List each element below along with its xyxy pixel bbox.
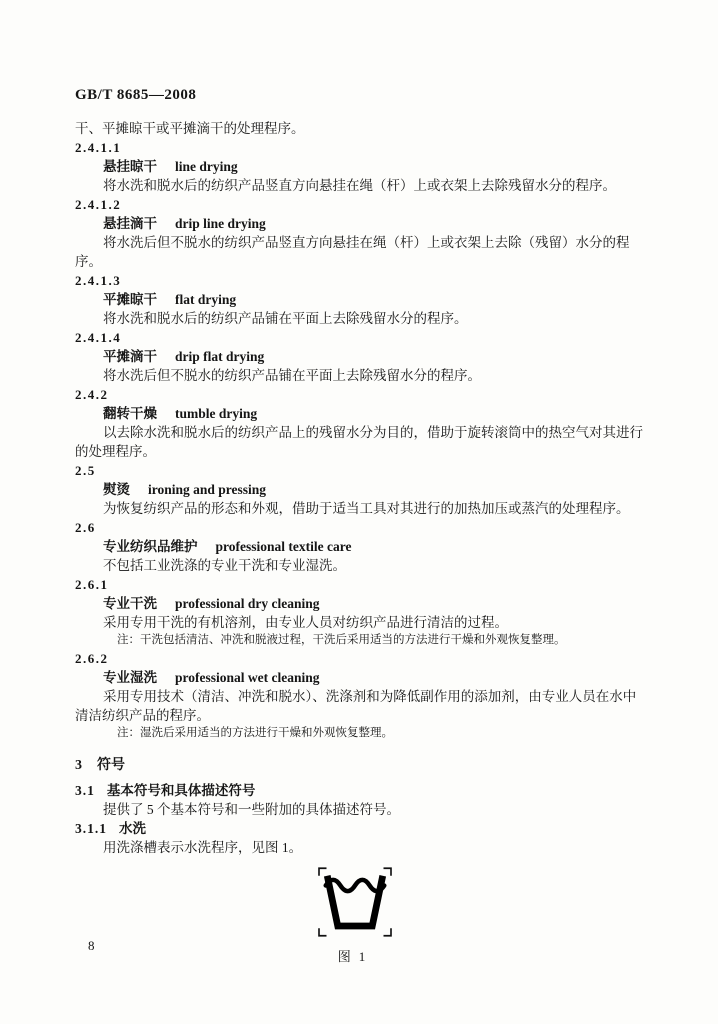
- figure-1: 图1: [63, 865, 646, 966]
- clause-number: 2.4.1.2: [75, 195, 646, 214]
- definition-text: 以去除水洗和脱水后的纺织产品上的残留水分为目的，借助于旋转滚筒中的热空气对其进行…: [75, 423, 646, 461]
- figure-caption: 图1: [57, 947, 646, 966]
- continuation-paragraph: 干、平摊晾干或平摊滴干的处理程序。: [75, 119, 646, 138]
- clause-2-4-1-1: 2.4.1.1 悬挂晾干line drying 将水洗和脱水后的纺织产品竖直方向…: [75, 138, 646, 195]
- figure-caption-number: 1: [359, 949, 366, 964]
- term-en: drip line drying: [175, 216, 266, 231]
- term-zh: 专业湿洗: [103, 670, 157, 685]
- term-zh: 悬挂晾干: [103, 159, 157, 174]
- clause-2-5: 2.5 熨烫ironing and pressing 为恢复纺织产品的形态和外观…: [75, 461, 646, 518]
- clause-number: 2.4.1.1: [75, 138, 646, 157]
- clause-2-6-2: 2.6.2 专业湿洗professional wet cleaning 采用专用…: [75, 649, 646, 742]
- clause-2-4-2: 2.4.2 翻转干燥tumble drying 以去除水洗和脱水后的纺织产品上的…: [75, 385, 646, 461]
- term-line: 平摊滴干drip flat drying: [75, 347, 646, 366]
- clause-number: 2.6.1: [75, 575, 646, 594]
- page-number: 8: [88, 936, 95, 955]
- clause-2-4-1-4: 2.4.1.4 平摊滴干drip flat drying 将水洗后但不脱水的纺织…: [75, 328, 646, 385]
- term-zh: 平摊滴干: [103, 349, 157, 364]
- term-line: 翻转干燥tumble drying: [75, 404, 646, 423]
- term-line: 专业干洗professional dry cleaning: [75, 594, 646, 613]
- term-en: line drying: [175, 159, 238, 174]
- clause-number: 2.6.2: [75, 649, 646, 668]
- clause-number: 2.5: [75, 461, 646, 480]
- definition-text: 为恢复纺织产品的形态和外观，借助于适当工具对其进行的加热加压或蒸汽的处理程序。: [75, 499, 646, 518]
- clause-2-4-1-3: 2.4.1.3 平摊晾干flat drying 将水洗和脱水后的纺织产品铺在平面…: [75, 271, 646, 328]
- term-line: 专业湿洗professional wet cleaning: [75, 668, 646, 687]
- term-zh: 专业干洗: [103, 596, 157, 611]
- document-page: GB/T 8685—2008 干、平摊晾干或平摊滴干的处理程序。 2.4.1.1…: [0, 0, 718, 1024]
- definition-text: 采用专用技术（清洁、冲洗和脱水）、洗涤剂和为降低副作用的添加剂，由专业人员在水中…: [75, 687, 646, 725]
- clause-number: 2.4.1.4: [75, 328, 646, 347]
- clause-number: 2.4.2: [75, 385, 646, 404]
- term-line: 悬挂晾干line drying: [75, 157, 646, 176]
- definition-text: 不包括工业洗涤的专业干洗和专业湿洗。: [75, 556, 646, 575]
- definition-text: 采用专用干洗的有机溶剂，由专业人员对纺织产品进行清洁的过程。: [75, 613, 646, 632]
- figure-caption-label: 图: [338, 949, 351, 964]
- clause-2-6-1: 2.6.1 专业干洗professional dry cleaning 采用专用…: [75, 575, 646, 649]
- clause-2-6: 2.6 专业纺织品维护professional textile care 不包括…: [75, 518, 646, 575]
- chapter-3-heading: 3符号: [75, 756, 646, 775]
- term-zh: 悬挂滴干: [103, 216, 157, 231]
- definition-text: 将水洗和脱水后的纺织产品竖直方向悬挂在绳（杆）上或衣架上去除残留水分的程序。: [75, 176, 646, 195]
- standard-number-header: GB/T 8685—2008: [75, 86, 646, 105]
- note-text: 注：干洗包括清洁、冲洗和脱液过程，干洗后采用适当的方法进行干燥和外观恢复整理。: [75, 632, 646, 649]
- term-zh: 平摊晾干: [103, 292, 157, 307]
- clause-number: 2.4.1.3: [75, 271, 646, 290]
- clause-number: 2.6: [75, 518, 646, 537]
- term-zh: 翻转干燥: [103, 406, 157, 421]
- definition-text: 将水洗后但不脱水的纺织产品铺在平面上去除残留水分的程序。: [75, 366, 646, 385]
- term-line: 熨烫ironing and pressing: [75, 480, 646, 499]
- term-en: ironing and pressing: [148, 482, 266, 497]
- heading-3-1: 3.1基本符号和具体描述符号: [75, 781, 646, 800]
- clause-title: 水洗: [119, 821, 146, 836]
- clause-number: 3.1: [75, 783, 95, 798]
- term-en: drip flat drying: [175, 349, 264, 364]
- clause-2-4-1-2: 2.4.1.2 悬挂滴干drip line drying 将水洗后但不脱水的纺织…: [75, 195, 646, 271]
- term-en: tumble drying: [175, 406, 257, 421]
- term-zh: 熨烫: [103, 482, 130, 497]
- term-line: 专业纺织品维护professional textile care: [75, 537, 646, 556]
- page-content: GB/T 8685—2008 干、平摊晾干或平摊滴干的处理程序。 2.4.1.1…: [0, 0, 718, 966]
- washtub-wash-symbol-icon: [316, 865, 394, 939]
- term-zh: 专业纺织品维护: [103, 539, 198, 554]
- note-text: 注：湿洗后采用适当的方法进行干燥和外观恢复整理。: [75, 725, 646, 742]
- heading-3-1-1: 3.1.1水洗: [75, 819, 646, 838]
- clause-3-1-body: 提供了 5 个基本符号和一些附加的具体描述符号。: [75, 800, 646, 819]
- clause-3-1-1-body: 用洗涤槽表示水洗程序，见图 1。: [75, 838, 646, 857]
- chapter-title: 符号: [97, 758, 125, 773]
- term-line: 悬挂滴干drip line drying: [75, 214, 646, 233]
- term-en: flat drying: [175, 292, 236, 307]
- definition-text: 将水洗和脱水后的纺织产品铺在平面上去除残留水分的程序。: [75, 309, 646, 328]
- chapter-number: 3: [75, 758, 83, 773]
- term-en: professional dry cleaning: [175, 596, 320, 611]
- term-en: professional textile care: [216, 539, 352, 554]
- clause-title: 基本符号和具体描述符号: [107, 783, 256, 798]
- clause-number: 3.1.1: [75, 821, 107, 836]
- term-line: 平摊晾干flat drying: [75, 290, 646, 309]
- definition-text: 将水洗后但不脱水的纺织产品竖直方向悬挂在绳（杆）上或衣架上去除（残留）水分的程序…: [75, 233, 646, 271]
- term-en: professional wet cleaning: [175, 670, 320, 685]
